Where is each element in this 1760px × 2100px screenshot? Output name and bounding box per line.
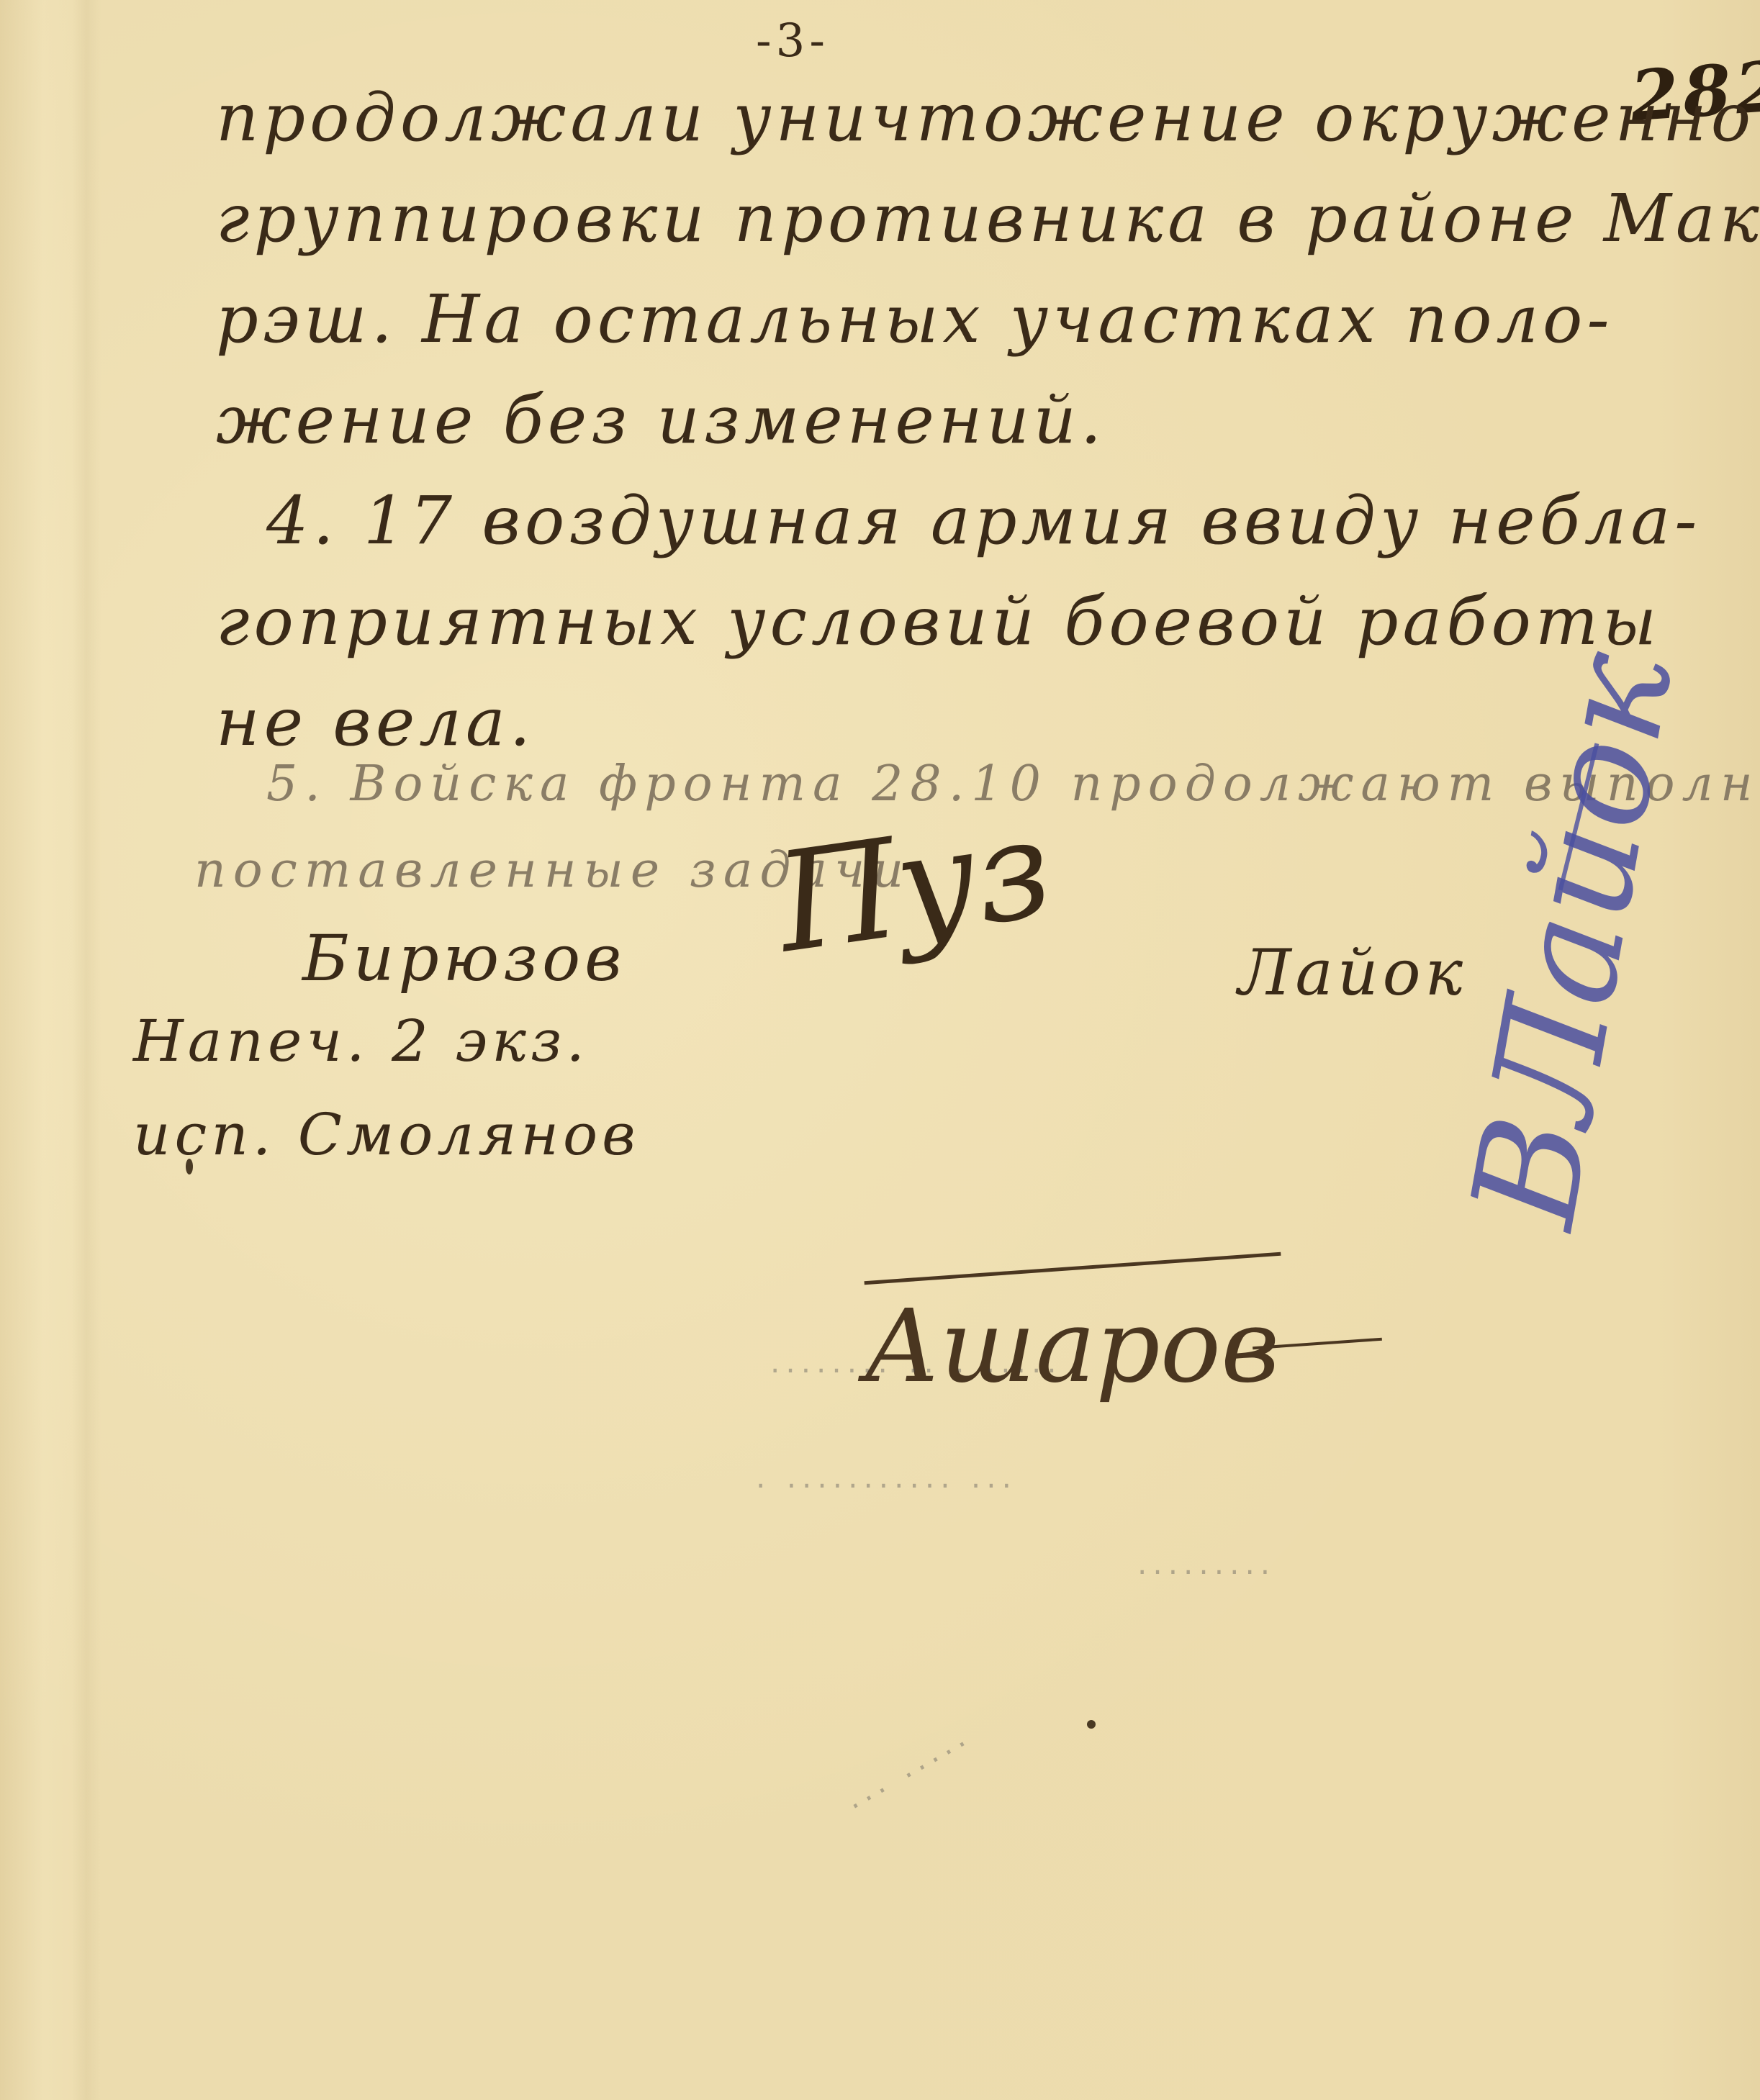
body-line: продолжали уничтожение окруженной [216, 79, 1760, 156]
body-line: группировки противника в районе Мак- [216, 180, 1760, 257]
faint-stamp-line: ········ ·· · ····· [770, 1353, 1062, 1388]
faint-stamp-line: · ··········· ··· [756, 1468, 1017, 1503]
body-line: не вела. [216, 684, 535, 761]
paper-fold-shadow [72, 0, 101, 2100]
footer-note-copies: Напеч. 2 экз. [133, 1008, 589, 1074]
faint-stamp-line: ··· ····· [843, 1724, 980, 1824]
ink-speck [186, 1159, 193, 1175]
ink-speck [1087, 1720, 1096, 1729]
body-line-item-4: 4. 17 воздушная армия ввиду небла- [266, 482, 1701, 559]
page-number: -3- [756, 14, 829, 68]
faint-stamp-line: ········· [1137, 1554, 1276, 1590]
body-line: гоприятных условий боевой работы [216, 583, 1661, 660]
signatory-name-right: Лайок [1238, 936, 1467, 1010]
signatory-name-left: Бирюзов [302, 921, 626, 995]
body-line: рэш. На остальных участках поло- [216, 281, 1614, 358]
document-page: -3- 282 продолжали уничтожение окруженно… [0, 0, 1760, 2100]
footer-note-executor: исп. Смолянов [133, 1101, 640, 1168]
signature-left-scrawl: Пуз [767, 788, 1060, 984]
signature-right-blue-pencil: ВЛайок [1440, 641, 1705, 1238]
body-line: жение без изменений. [216, 381, 1106, 458]
signature-bottom-stroke [865, 1252, 1281, 1285]
